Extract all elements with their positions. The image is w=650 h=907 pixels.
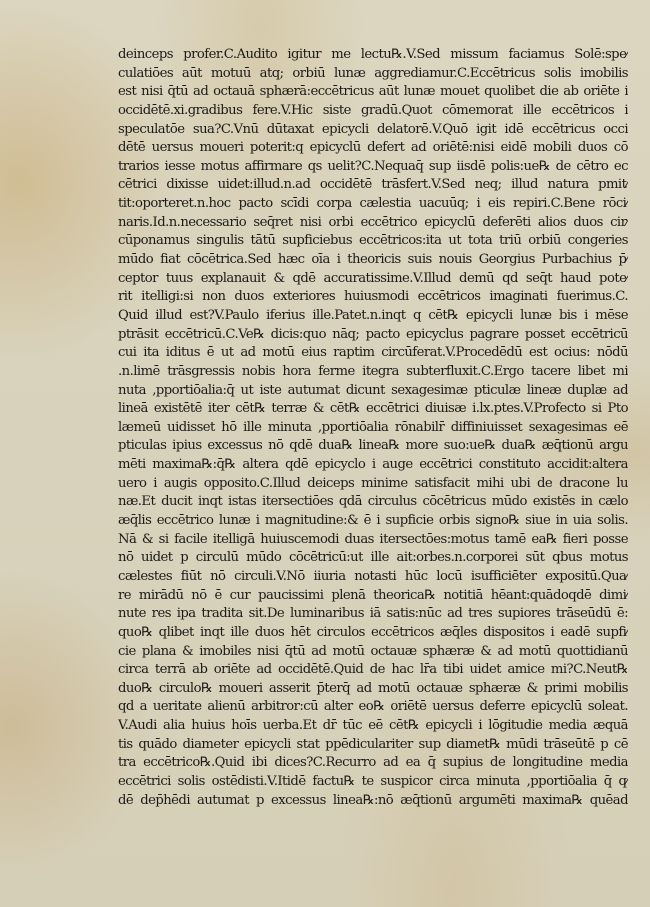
text-line: trarios iesse motus affirmare qs uelit?C… xyxy=(118,158,628,177)
text-line: nute res ipa tradita sit.De luminaribus … xyxy=(118,605,628,624)
text-line: qd̄ a ueritate alienū arbitror:cū alter … xyxy=(118,698,628,717)
text-line: ptrāsit eccētricū.C.Ve℞ dicis:quo nāq; p… xyxy=(118,326,628,345)
text-line: cælestes fiūt nō circuli.V.Nō iiuria not… xyxy=(118,568,628,587)
text-line: næ.Et ducit inqt istas itersectiōes qdā … xyxy=(118,493,628,512)
text-line: .n.limē trāsgressis nobis hora ferme ite… xyxy=(118,363,628,382)
text-line: naris.Id.n.necessario seq̄ret̄ nisi orbi… xyxy=(118,214,628,233)
text-line: dētē uersus moueri poterit:q epicyclū de… xyxy=(118,139,628,158)
text-line: quo℞ qlibet inqt ille duos hēt circulos … xyxy=(118,624,628,643)
text-line: cētrici dixisse uidet̄:illud.n.ad occidē… xyxy=(118,176,628,195)
manuscript-page: deinceps profer.C.Audito igitur me lectu… xyxy=(0,0,650,907)
text-line: est nisi q̄tū ad octauā sphærā:eccētricu… xyxy=(118,83,628,102)
text-line: dē dep̄hēdi autumat p excessus linea℞:nō… xyxy=(118,792,628,811)
text-line: lineā existētē iter cēt℞ terræ & cēt℞ ec… xyxy=(118,400,628,419)
text-line: V.Audi alia huius hoīs uerba.Et dr̄ tūc … xyxy=(118,717,628,736)
text-line: læmeū uidisset hō ille minuta ,pportiōal… xyxy=(118,419,628,438)
text-line: duo℞ circulo℞ moueri asserit p̄terq̄ ad … xyxy=(118,680,628,699)
text-line: nuta ,pportiōalia:q̄ ut iste autumat dic… xyxy=(118,382,628,401)
text-line: æq̄lis eccētrico lunæ i magnitudine:& ē … xyxy=(118,512,628,531)
text-line: deinceps profer.C.Audito igitur me lectu… xyxy=(118,46,628,65)
text-line: occidētē.xi.gradibus fere.V.Hic siste gr… xyxy=(118,102,628,121)
text-line: tit:oporteret.n.hoc pacto scīdi corpa cæ… xyxy=(118,195,628,214)
text-line: mēti maxima℞:q̄℞ altera qdē epicyclo i a… xyxy=(118,456,628,475)
text-line: Nā & si facile itelligā huiuscemodi duas… xyxy=(118,531,628,550)
text-line: re mirādū nō ē cur paucissimi plenā theo… xyxy=(118,587,628,606)
text-line: Quid illud est?V.Paulo iferius ille.Pate… xyxy=(118,307,628,326)
text-line: speculatōe sua?C.Vnū dūtaxat epicycli de… xyxy=(118,121,628,140)
text-line: cūponamus singulis tātū supficiebus eccē… xyxy=(118,232,628,251)
text-line: nō uidet̄ p circulū mūdo cōcētricū:ut il… xyxy=(118,549,628,568)
text-block: deinceps profer.C.Audito igitur me lectu… xyxy=(118,46,628,810)
text-line: ceptor tuus explanauit & qdē accuratissi… xyxy=(118,270,628,289)
text-line: rit itelligi:si non duos exteriores huiu… xyxy=(118,288,628,307)
text-line: uero i augis opposito.C.Illud deiceps mi… xyxy=(118,475,628,494)
text-line: culatiōes aūt motuū atq; orbiū lunæ aggr… xyxy=(118,65,628,84)
text-line: pticulas ipius excessus nō qdē dua℞ line… xyxy=(118,437,628,456)
text-line: tis quādo diameter epicycli stat ppēdicu… xyxy=(118,736,628,755)
text-line: mūdo fiat cōcētrica.Sed hæc oīa i theori… xyxy=(118,251,628,270)
text-line: circa terrā ab oriēte ad occidētē.Quid d… xyxy=(118,661,628,680)
text-line: tra eccētrico℞.Quid ibi dices?C.Recurro … xyxy=(118,754,628,773)
text-line: eccētrici solis ostēdisti.V.Itidē factu℞… xyxy=(118,773,628,792)
text-line: cie plana & imobiles nisi q̄tū ad motū o… xyxy=(118,643,628,662)
text-line: cui ita iditus ē ut ad motū eius raptim … xyxy=(118,344,628,363)
